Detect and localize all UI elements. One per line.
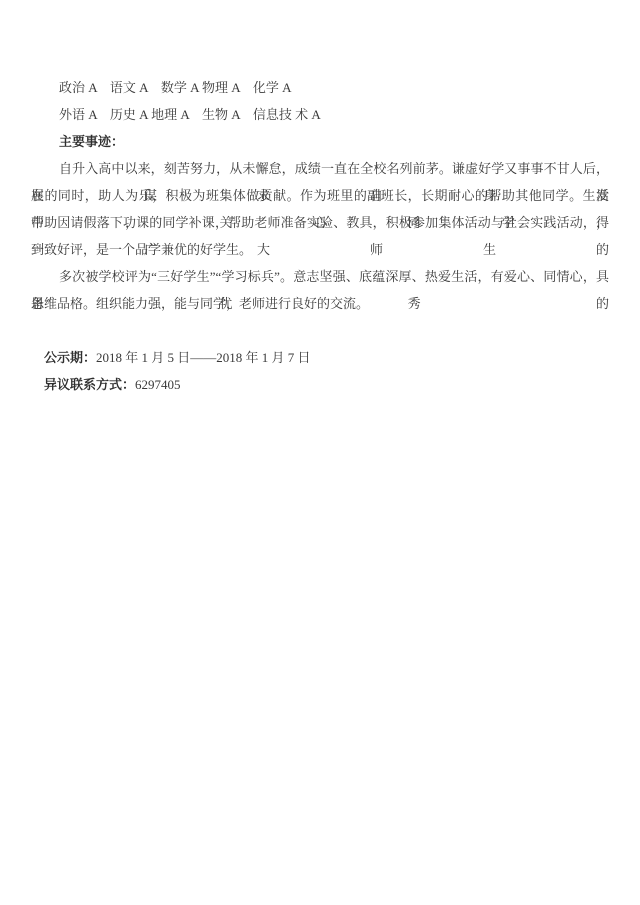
publicity-period-line: 公示期：2018 年 1 月 5 日——2018 年 1 月 7 日 [31,317,609,344]
grades-line-2: 外语 A 历史 A 地理 A 生物 A 信息技 术 A [31,101,609,128]
section-heading: 主要事迹： [31,128,609,155]
contact-label: 异议联系方式： [44,377,135,392]
paragraph-1-line-1: 自升入高中以来，刻苦努力，从未懈怠，成绩一直在全校名列前茅。谦虚好学又事事不甘人… [31,155,609,182]
publicity-period-value: 2018 年 1 月 5 日——2018 年 1 月 7 日 [96,350,311,365]
paragraph-2-line-1: 多次被学校评为“三好学生”“学习标兵”。意志坚强、底蕴深厚、热爱生活，有爱心、同… [31,263,609,290]
paragraph-1-line-3: 帮助因请假落下功课的同学补课，帮助老师准备实验、教具，积极参加集体活动与社会实践… [31,209,609,236]
document-page: 政治 A 语文 A 数学 A 物理 A 化学 A 外语 A 历史 A 地理 A … [0,0,640,905]
contact-value: 6297405 [135,377,181,392]
grades-line-1: 政治 A 语文 A 数学 A 物理 A 化学 A [31,74,609,101]
paragraph-1-line-2: 展的同时，助人为乐，积极为班集体做贡献。作为班里的副班长，长期耐心的帮助其他同学… [31,182,609,209]
publicity-period-label: 公示期： [44,350,96,365]
